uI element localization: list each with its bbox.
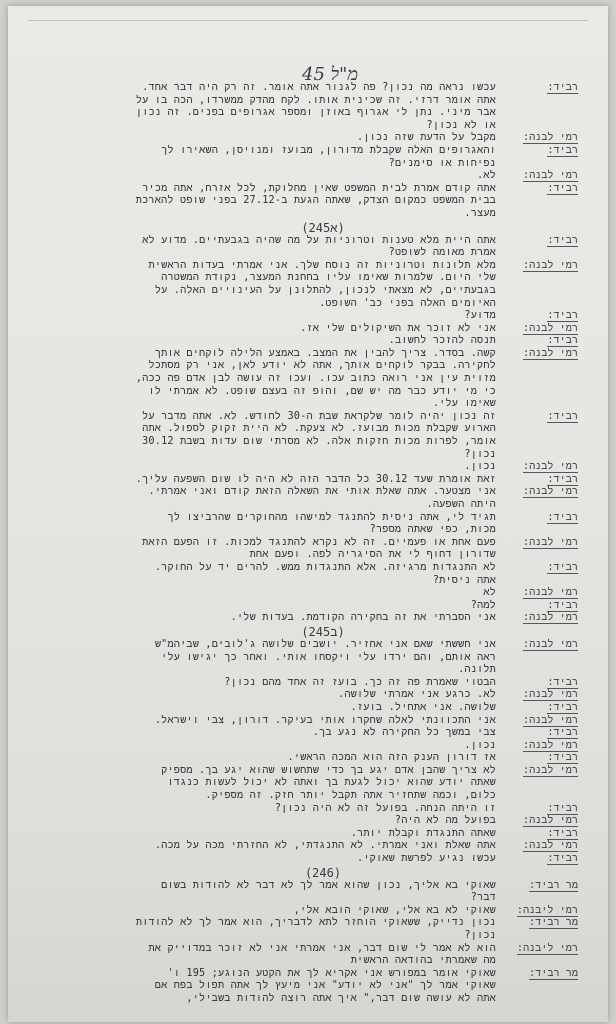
speaker-name: רמי לבנה:	[523, 537, 578, 549]
speaker-name: רביד:	[547, 853, 578, 865]
speaker-label: רביד:	[496, 335, 608, 348]
speaker-label: רמי לבנה:	[496, 765, 608, 778]
transcript-entry: מר רביד:שאוקי בא אליך, נכון שהוא אמר לך …	[8, 880, 608, 905]
transcript-entry: מר רביד:שאוקי אומר במפורש אני אקריא לך א…	[8, 968, 608, 1006]
transcript-entry: רביד:זה נכון יהיה לומר שלקראת שבת ה-30 ל…	[8, 411, 608, 461]
utterance-text: אני לא זוכר את השיקולים שלי אז.	[130, 323, 496, 336]
speaker-name: מר רביד:	[529, 917, 578, 929]
utterance-text: בפועל מה לא היה?	[130, 815, 496, 828]
transcript-entry: רביד:אתה קודם אמרת לבית המשפט שאין מחלוק…	[8, 183, 608, 221]
transcript-entry: רמי לבנה:לא. כרגע אני אמרתי שלושה.	[8, 689, 608, 702]
speaker-name: רמי לבנה:	[523, 323, 578, 335]
speaker-name: רמי לבנה:	[523, 765, 578, 777]
speaker-label: רביד:	[496, 474, 608, 487]
utterance-text: שאוקי בא אליך, נכון שהוא אמר לך לא דבר ל…	[130, 880, 496, 905]
speaker-name: רמי לבנה:	[523, 740, 578, 752]
speaker-label: רמי לבנה:	[496, 689, 608, 702]
transcript-entry: רביד:עכשו נגיע לפרשת שאוקי.	[8, 853, 608, 866]
transcript-entry: רביד:למה?	[8, 600, 608, 613]
speaker-name: רמי לבנה:	[523, 612, 578, 624]
transcript-body: רביד:עכשו נראה מה נכון? פה לגנור אתה אומ…	[8, 82, 608, 1006]
transcript-entry: רמי לבנה:אני מצטער. אתה שאלת אותי את השא…	[8, 486, 608, 511]
utterance-text: זו היתה הנחה. בפועל זה לא היה נכון?	[130, 803, 496, 816]
transcript-entry: רביד:הבטוי שאמרת פה זה כך. בועז זה אחד מ…	[8, 677, 608, 690]
speaker-label: רמי לבנה:	[496, 132, 608, 145]
transcript-entry: רביד:זו היתה הנחה. בפועל זה לא היה נכון?	[8, 803, 608, 816]
transcript-entry: רמי לבנה:אני חששתי שאם אני אחזיר. יושבים…	[8, 639, 608, 677]
speaker-label: מר רביד:	[496, 880, 608, 893]
transcript-entry: רמי לבנה:לא	[8, 587, 608, 600]
speaker-label: רביד:	[496, 310, 608, 323]
speaker-label: רמי לבנה:	[496, 740, 608, 753]
transcript-entry: רמי ליבנה:הוא לא אמר לי שום דבר, אני אמר…	[8, 943, 608, 968]
utterance-text: פעם אחת או פעמיים. זה לא נקרא להתנגד למכ…	[130, 537, 496, 562]
speaker-name: רביד:	[547, 727, 578, 739]
speaker-name: רביד:	[547, 310, 578, 322]
transcript-entry: רביד:עכשו נראה מה נכון? פה לגנור אתה אומ…	[8, 82, 608, 132]
utterance-text: אתה היית מלא טענות וטרוניות על מה שהיה ב…	[130, 235, 496, 260]
transcript-entry: מר רביד:נכון נדייק, ששאוקי הוחזר לתא לדב…	[8, 917, 608, 942]
speaker-name: רביד:	[547, 335, 578, 347]
utterance-text: מקבל על הדעת שזה נכון.	[130, 132, 496, 145]
speaker-name: רביד:	[547, 183, 578, 195]
utterance-text: נכון.	[130, 740, 496, 753]
speaker-label: רמי לבנה:	[496, 537, 608, 550]
speaker-name: רמי לבנה:	[523, 715, 578, 727]
utterance-text: אני הסברתי את זה בחקירה הקודמת. בעדות של…	[130, 612, 496, 625]
top-rule	[28, 20, 588, 21]
speaker-label: רמי לבנה:	[496, 260, 608, 273]
transcript-entry: רמי לבנה:מלא תלונות וטרוניות זה נוסח שלך…	[8, 260, 608, 310]
speaker-label: רביד:	[496, 752, 608, 765]
speaker-label: רביד:	[496, 235, 608, 248]
transcript-entry: רביד:אתה היית מלא טענות וטרוניות על מה ש…	[8, 235, 608, 260]
speaker-label: רביד:	[496, 853, 608, 866]
transcript-entry: רביד:תנסה להזכר לחשוב.	[8, 335, 608, 348]
utterance-text: לא.	[130, 170, 496, 183]
transcript-entry: רמי לבנה:אתה שאלת ואני אמרתי. לא התנגדתי…	[8, 840, 608, 853]
transcript-entry: רמי לבנה:נכון.	[8, 740, 608, 753]
speaker-name: רביד:	[547, 677, 578, 689]
speaker-name: רביד:	[547, 562, 578, 574]
utterance-text: זאת אומרת שעד 30.12 כל הדבר הזה לא היה ל…	[130, 474, 496, 487]
utterance-text: קשה. בסדר. צריך להבין את המצב. באמצע הלי…	[130, 348, 496, 411]
speaker-label: רביד:	[496, 828, 608, 841]
utterance-text: אתה שאלת ואני אמרתי. לא התנגדתי, לא החזר…	[130, 840, 496, 853]
utterance-text: הבטוי שאמרת פה זה כך. בועז זה אחד מהם נכ…	[130, 677, 496, 690]
speaker-label: רביד:	[496, 145, 608, 158]
transcript-entry: רמי לבנה:מקבל על הדעת שזה נכון.	[8, 132, 608, 145]
utterance-text: נכון.	[130, 461, 496, 474]
utterance-text: לא צריך שהבן אדם יגע בך כדי שתחשוש שהוא …	[130, 765, 496, 803]
transcript-entry: רביד:שלושה. אני אתחיל. בועז.	[8, 702, 608, 715]
speaker-label: רמי לבנה:	[496, 815, 608, 828]
section-marker: (246)	[8, 866, 608, 880]
utterance-text: שאוקי אומר במפורש אני אקריא לך את הקטע ה…	[130, 968, 496, 1006]
transcript-entry: רביד:והאגרופים האלה שקבלת מדורון, מבועז …	[8, 145, 608, 170]
speaker-name: רביד:	[547, 474, 578, 486]
utterance-text: לא	[130, 587, 496, 600]
speaker-label: רביד:	[496, 727, 608, 740]
utterance-text: אני חששתי שאם אני אחזיר. יושבים שלושה ג'…	[130, 639, 496, 677]
transcript-entry: רביד:זאת אומרת שעד 30.12 כל הדבר הזה לא …	[8, 474, 608, 487]
speaker-name: רמי לבנה:	[523, 486, 578, 498]
speaker-name: רמי לבנה:	[523, 689, 578, 701]
speaker-name: רמי לבנה:	[523, 132, 578, 144]
speaker-label: רביד:	[496, 411, 608, 424]
transcript-entry: רמי לבנה:אני התכוונתי לאלה שחקרו אותי בע…	[8, 715, 608, 728]
speaker-label: רמי לבנה:	[496, 461, 608, 474]
utterance-text: אני התכוונתי לאלה שחקרו אותי בעיקר. דורו…	[130, 715, 496, 728]
speaker-label: רביד:	[496, 600, 608, 613]
speaker-label: מר רביד:	[496, 968, 608, 981]
utterance-text: זה נכון יהיה לומר שלקראת שבת ה-30 לחודש.…	[130, 411, 496, 461]
utterance-text: תנסה להזכר לחשוב.	[130, 335, 496, 348]
speaker-name: רמי לבנה:	[523, 348, 578, 360]
utterance-text: מלא תלונות וטרוניות זה נוסח שלך. אני אמר…	[130, 260, 496, 310]
speaker-label: רביד:	[496, 702, 608, 715]
transcript-entry: רמי לבנה:קשה. בסדר. צריך להבין את המצב. …	[8, 348, 608, 411]
speaker-label: רמי לבנה:	[496, 348, 608, 361]
transcript-entry: רמי לבנה:פעם אחת או פעמיים. זה לא נקרא ל…	[8, 537, 608, 562]
speaker-name: רמי ליבנה:	[517, 943, 578, 955]
speaker-label: רמי לבנה:	[496, 486, 608, 499]
speaker-label: רמי לבנה:	[496, 170, 608, 183]
speaker-name: רביד:	[547, 828, 578, 840]
speaker-name: רביד:	[547, 803, 578, 815]
speaker-name: רמי לבנה:	[523, 815, 578, 827]
speaker-label: רמי לבנה:	[496, 587, 608, 600]
utterance-text: אתה קודם אמרת לבית המשפט שאין מחלוקת, לכ…	[130, 183, 496, 221]
speaker-name: מר רביד:	[529, 880, 578, 892]
utterance-text: והאגרופים האלה שקבלת מדורון, מבועז ומנוי…	[130, 145, 496, 170]
transcript-entry: רמי לבנה:בפועל מה לא היה?	[8, 815, 608, 828]
speaker-label: רמי לבנה:	[496, 715, 608, 728]
speaker-name: רביד:	[547, 145, 578, 157]
speaker-name: רמי ליבנה:	[517, 905, 578, 917]
speaker-label: רמי לבנה:	[496, 323, 608, 336]
speaker-name: רמי לבנה:	[523, 639, 578, 651]
speaker-name: רביד:	[547, 411, 578, 423]
speaker-name: רביד:	[547, 702, 578, 714]
speaker-label: רמי לבנה:	[496, 612, 608, 625]
speaker-name: רמי לבנה:	[523, 461, 578, 473]
speaker-label: רביד:	[496, 82, 608, 95]
section-marker: (245א)	[8, 221, 608, 235]
utterance-text: צבי במשך כל החקירה לא נגע בך.	[130, 727, 496, 740]
utterance-text: עכשו נראה מה נכון? פה לגנור אתה אומר. זה…	[130, 82, 496, 132]
transcript-entry: רמי לבנה:לא.	[8, 170, 608, 183]
utterance-text: שאוקי לא בא אלי, שאוקי הובא אלי,	[130, 905, 496, 918]
speaker-label: רביד:	[496, 803, 608, 816]
speaker-name: רביד:	[547, 600, 578, 612]
speaker-name: רביד:	[547, 235, 578, 247]
transcript-entry: רמי ליבנה:שאוקי לא בא אלי, שאוקי הובא אל…	[8, 905, 608, 918]
speaker-label: מר רביד:	[496, 917, 608, 930]
speaker-name: רמי לבנה:	[523, 260, 578, 272]
transcript-entry: רמי לבנה:נכון.	[8, 461, 608, 474]
utterance-text: עכשו נגיע לפרשת שאוקי.	[130, 853, 496, 866]
transcript-entry: רביד:תגיד לי, אתה ניסית להתנגד למישהו מה…	[8, 512, 608, 537]
utterance-text: נכון נדייק, ששאוקי הוחזר לתא לדבריך, הוא…	[130, 917, 496, 942]
speaker-label: רמי לבנה:	[496, 639, 608, 652]
speaker-name: רביד:	[547, 82, 578, 94]
transcript-entry: רמי לבנה:אני לא זוכר את השיקולים שלי אז.	[8, 323, 608, 336]
speaker-name: רביד:	[547, 512, 578, 524]
section-marker: (245ב)	[8, 625, 608, 639]
speaker-name: רמי לבנה:	[523, 840, 578, 852]
speaker-label: רביד:	[496, 183, 608, 196]
utterance-text: לא. כרגע אני אמרתי שלושה.	[130, 689, 496, 702]
speaker-label: רביד:	[496, 512, 608, 525]
transcript-entry: רביד:אז דורון הענק הזה הוא המכה הראשי.	[8, 752, 608, 765]
transcript-entry: רביד:לא התנגדות מרגיזה. אלא התנגדות ממש.…	[8, 562, 608, 587]
speaker-name: רביד:	[547, 752, 578, 764]
speaker-label: רביד:	[496, 562, 608, 575]
transcript-entry: רמי לבנה:לא צריך שהבן אדם יגע בך כדי שתח…	[8, 765, 608, 803]
utterance-text: אז דורון הענק הזה הוא המכה הראשי.	[130, 752, 496, 765]
utterance-text: אני מצטער. אתה שאלת אותי את השאלה הזאת ק…	[130, 486, 496, 511]
speaker-name: רמי לבנה:	[523, 170, 578, 182]
utterance-text: שלושה. אני אתחיל. בועז.	[130, 702, 496, 715]
document-page: מ"ל 45 רביד:עכשו נראה מה נכון? פה לגנור …	[8, 6, 608, 1022]
speaker-label: רמי ליבנה:	[496, 943, 608, 956]
transcript-entry: רמי לבנה:אני הסברתי את זה בחקירה הקודמת.…	[8, 612, 608, 625]
utterance-text: תגיד לי, אתה ניסית להתנגד למישהו מהחוקרי…	[130, 512, 496, 537]
utterance-text: שאתה התנגדת וקבלת יותר.	[130, 828, 496, 841]
speaker-name: רמי לבנה:	[523, 587, 578, 599]
transcript-entry: רביד:מדוע?	[8, 310, 608, 323]
transcript-entry: רביד:צבי במשך כל החקירה לא נגע בך.	[8, 727, 608, 740]
utterance-text: לא התנגדות מרגיזה. אלא התנגדות ממש. להרי…	[130, 562, 496, 587]
speaker-label: רביד:	[496, 677, 608, 690]
utterance-text: מדוע?	[130, 310, 496, 323]
transcript-entry: רביד:שאתה התנגדת וקבלת יותר.	[8, 828, 608, 841]
speaker-label: רמי ליבנה:	[496, 905, 608, 918]
speaker-name: מר רביד:	[529, 968, 578, 980]
utterance-text: הוא לא אמר לי שום דבר, אני אמרתי אני לא …	[130, 943, 496, 968]
speaker-label: רמי לבנה:	[496, 840, 608, 853]
utterance-text: למה?	[130, 600, 496, 613]
